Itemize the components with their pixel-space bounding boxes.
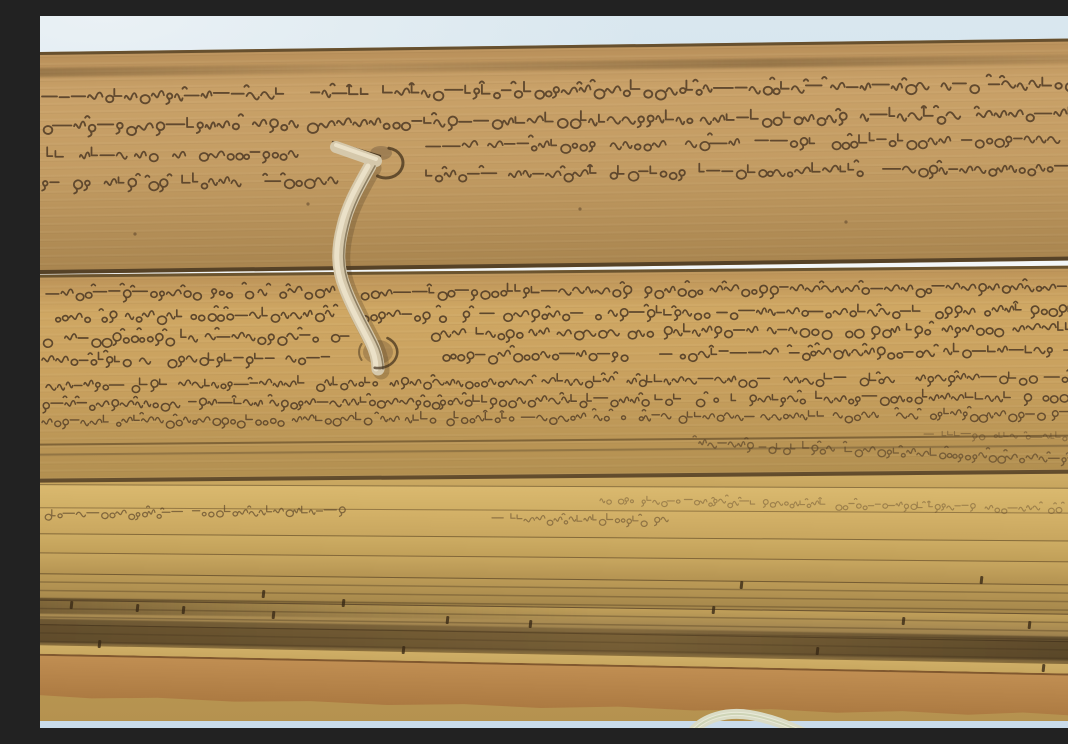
script-line: மதாம கோகம் வைதசால திரியொடைலமாகிய கெகுடு <box>432 320 1068 342</box>
script-line: ன்னரி யெயயசி காசு யது க <box>42 173 337 193</box>
script-line: லியக இருவுமி வேதகுசார் <box>44 327 349 347</box>
ink-speck <box>306 202 309 205</box>
script-line: ரா - க - மகினாகு கவ - க - அஞ்சனம் லி - க… <box>42 74 1068 104</box>
palm-leaf-manuscript-photo: palm-leaf-manuscript-bundle ரா - க - மகி… <box>40 16 1068 728</box>
script-line: ட - லாரது கடை இயில் <box>47 147 298 162</box>
script-line: நத ருமயனா ததினசாயு <box>46 283 335 302</box>
script-line: ம்யூாவளவடி எள்ரா து அபபா <box>45 506 345 521</box>
script-line: நளாகி ஆசூ தாமாகு சதுகமாக ஸாளாமா <box>600 495 1064 513</box>
script-line: குபு வாசூ டாகாரா <box>924 431 1068 443</box>
ink-speck <box>844 220 847 223</box>
script-line: கூாவிக கல்லுடுபாட்டு அணலாதது உள்ளாடை பண்… <box>426 130 1068 153</box>
ink-speck <box>578 207 581 210</box>
script-line: தழீசுசலிமாயக காயபா <box>42 350 329 367</box>
script-line: தியிசுநளா முலிபசுவான்கோகுசுளிா யொள்ளே உள… <box>443 343 1068 364</box>
script-line: குடீ மகைவளுநு <box>492 514 668 527</box>
binding-hole-ring <box>359 344 362 360</box>
ink-speck <box>133 232 136 235</box>
script-line: நாது வெததிகே சாறு - திருமிசிக்கம் பலாசிச… <box>44 106 1068 137</box>
script-line: த காளுமு உளாகது மிகுந கொளுமி வேள்ளியகமலத… <box>46 370 1068 393</box>
script-line: அமகள்கியரிவேமை துகாளம்பளமும்விக துளா கிவ… <box>361 279 1068 300</box>
script-line: எல்லாம் வெததிகி சசாளரகில் காளரகில் உளோாத… <box>426 159 1068 182</box>
script-line: வதிசு ளாநதுரெய்நாளிதிமிக மகளஞ் திவகொள்ளோ… <box>362 301 1068 323</box>
manuscript-overlay: ரா - க - மகினாகு கவ - க - அஞ்சனம் லி - க… <box>40 16 1068 728</box>
script-line: ம நியமம் கொாவாடீ அன்ள வயாரது கி <box>693 436 1068 467</box>
script-line: ளாதுமாாகள்பட சூட போலவு இகுய யஇருளுவப வுள… <box>43 389 1068 413</box>
script-line: ா க வைவததமரி களிக கிளாராசூ ஈளாரளியொாது க… <box>42 407 1068 429</box>
script-line: ஷியிடை யாகுகிளா குசுதா <box>56 305 338 325</box>
